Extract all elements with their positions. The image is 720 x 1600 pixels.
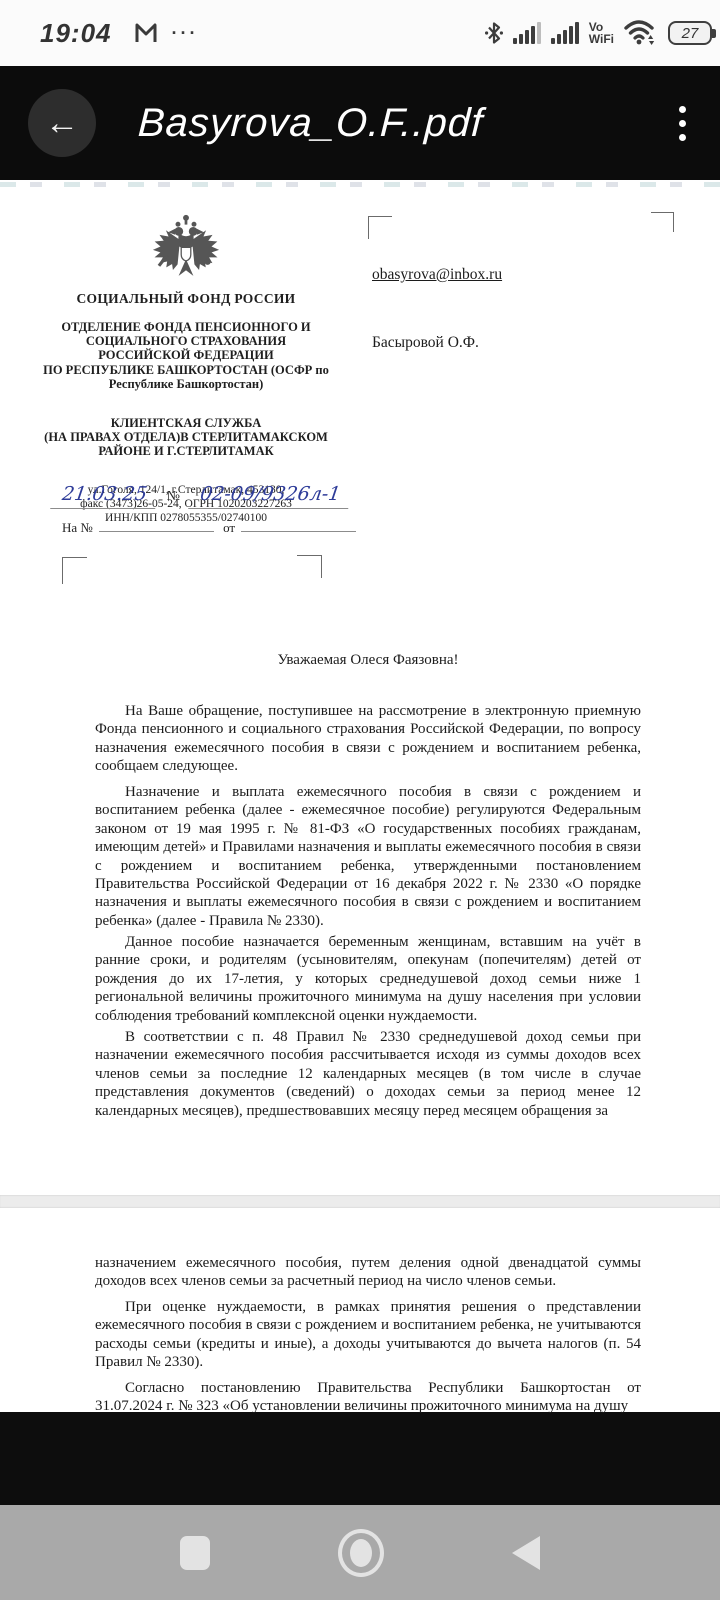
- salutation: Уважаемая Олеся Фаязовна!: [95, 652, 641, 669]
- corner-mark: [651, 212, 674, 232]
- home-icon: [350, 1539, 372, 1567]
- corner-mark: [62, 557, 87, 584]
- android-navigation-bar: [0, 1505, 720, 1600]
- paragraph: назначением ежемесячного пособия, путем …: [95, 1254, 641, 1291]
- handwritten-number: 02-09/9326л-1: [188, 483, 352, 509]
- bluetooth-icon: [485, 20, 503, 46]
- clock: 19:04: [40, 18, 112, 49]
- corner-mark: [297, 555, 322, 578]
- gmail-notification-icon: [134, 22, 158, 44]
- number-sign: №: [167, 489, 180, 504]
- signal-sim1-icon: [513, 20, 541, 46]
- page-break-gap: [0, 1195, 720, 1208]
- status-icons: Vo WiFi 27: [485, 19, 712, 47]
- scan-artifact-strip: [0, 182, 720, 187]
- pdf-viewer-toolbar: ← Basyrova_O.F..pdf: [0, 66, 720, 180]
- corner-mark: [368, 216, 392, 239]
- vowifi-indicator: Vo WiFi: [589, 21, 614, 45]
- outgoing-ref-row: 21.03.25 № 02-09/9326л-1: [52, 483, 372, 509]
- org-name: СОЦИАЛЬНЫЙ ФОНД РОССИИ: [40, 291, 332, 307]
- battery-percent: 27: [682, 25, 699, 42]
- pdf-page-view[interactable]: СОЦИАЛЬНЫЙ ФОНД РОССИИ ОТДЕЛЕНИЕ ФОНДА П…: [0, 180, 720, 1412]
- signal-sim2-icon: [551, 20, 579, 46]
- paragraph: В соответствии с п. 48 Правил № 2330 сре…: [95, 1028, 641, 1120]
- viewer-letterbox: [0, 1412, 720, 1505]
- menu-dot: [679, 120, 686, 127]
- notification-overflow-icon: ···: [172, 23, 199, 44]
- paragraph: Назначение и выплата ежемесячного пособи…: [95, 783, 641, 930]
- blank-line: [99, 518, 214, 532]
- home-button[interactable]: [338, 1529, 384, 1577]
- addressee-name: Басыровой О.Ф.: [372, 334, 479, 352]
- letterhead: СОЦИАЛЬНЫЙ ФОНД РОССИИ ОТДЕЛЕНИЕ ФОНДА П…: [40, 206, 332, 526]
- client-service-block: КЛИЕНТСКАЯ СЛУЖБА (НА ПРАВАХ ОТДЕЛА)В СТ…: [40, 417, 332, 458]
- org-division: ОТДЕЛЕНИЕ ФОНДА ПЕНСИОННОГО И СОЦИАЛЬНОГ…: [40, 320, 332, 391]
- paragraph: Согласно постановлению Правительства Рес…: [95, 1379, 641, 1416]
- recent-apps-button[interactable]: [180, 1536, 210, 1570]
- russia-coat-of-arms: [146, 212, 226, 286]
- menu-dot: [679, 134, 686, 141]
- paragraph: Данное пособие назначается беременным же…: [95, 933, 641, 1025]
- battery-icon: 27: [668, 21, 712, 45]
- wifi-icon: [624, 19, 658, 47]
- menu-dot: [679, 106, 686, 113]
- paragraph: При оценке нуждаемости, в рамках приняти…: [95, 1298, 641, 1372]
- back-nav-button[interactable]: [512, 1536, 540, 1570]
- back-arrow-icon: ←: [45, 104, 79, 143]
- addressee-email: obasyrova@inbox.ru: [372, 266, 502, 284]
- back-button[interactable]: ←: [28, 89, 96, 157]
- incoming-ref-row: На № от: [62, 518, 362, 536]
- overflow-menu-button[interactable]: [673, 96, 692, 151]
- status-bar: 19:04 ··· Vo WiFi: [0, 0, 720, 66]
- blank-line: [241, 518, 356, 532]
- document-title: Basyrova_O.F..pdf: [137, 101, 485, 146]
- handwritten-date: 21.03.25: [50, 483, 158, 509]
- paragraph: На Ваше обращение, поступившее на рассмо…: [95, 702, 641, 776]
